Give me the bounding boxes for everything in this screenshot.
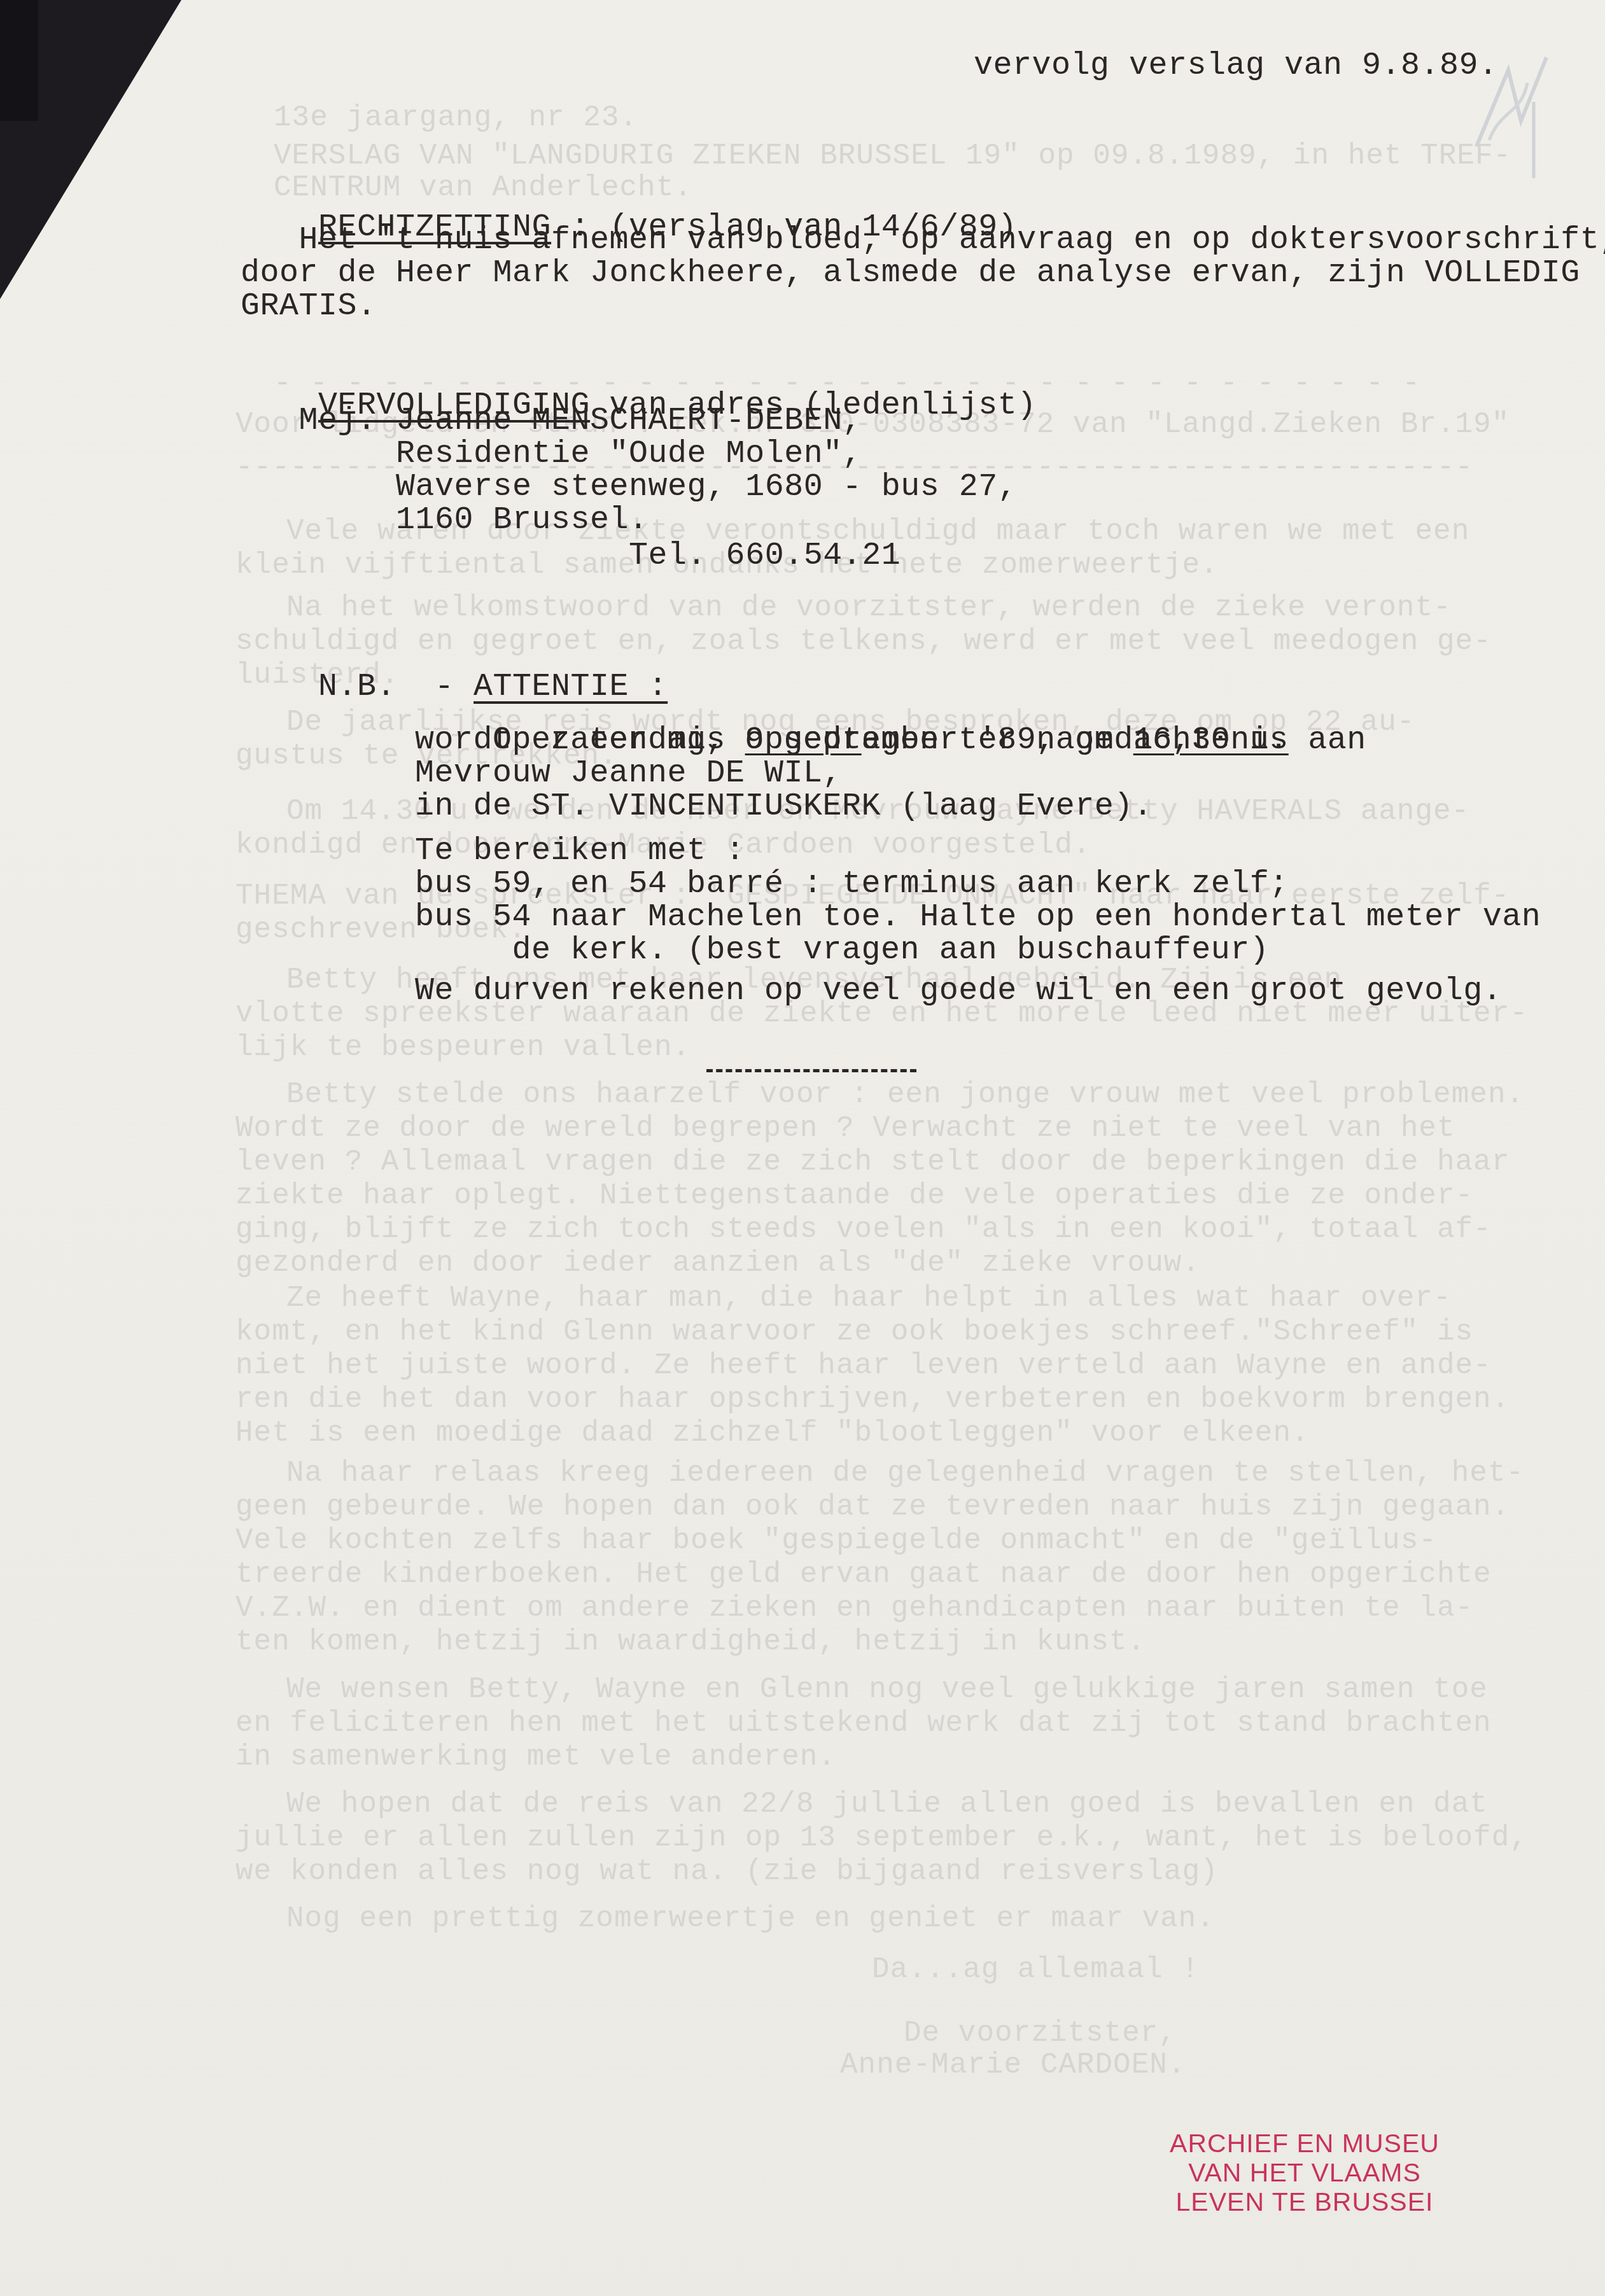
bleed-through-line: Ze heeft Wayne, haar man, die haar helpt…	[286, 1282, 1452, 1314]
bleed-through-line: We wensen Betty, Wayne en Glenn nog veel…	[286, 1674, 1488, 1705]
bleed-through-line: Na het welkomstwoord van de voorzitster,…	[286, 592, 1452, 624]
bleed-through-line: komt, en het kind Glenn waarvoor ze ook …	[235, 1316, 1473, 1348]
bleed-through-line: geen gebeurde. We hopen dan ook dat ze t…	[235, 1491, 1510, 1523]
stamp-line: LEVEN TE BRUSSEI	[1155, 2187, 1454, 2216]
directions-line: de kerk. (best vragen aan buschauffeur)	[415, 934, 1269, 967]
bleed-through-line: Da...ag allemaal !	[872, 1954, 1200, 1985]
bleed-through-line: lijk te bespeuren vallen.	[235, 1032, 690, 1063]
notice-line: in de ST. VINCENTIUSKERK (laag Evere).	[415, 790, 1153, 823]
correction-line: GRATIS.	[241, 290, 377, 323]
address-line: Mej. Jeanne MENSCHAERT-DEBEN,	[241, 405, 862, 438]
address-line: Residentie "Oude Molen",	[241, 438, 862, 471]
bleed-through-line: jullie er allen zullen zijn op 13 septem…	[235, 1822, 1528, 1854]
bleed-through-line: treerde kinderboeken. Het geld ervan gaa…	[235, 1558, 1492, 1590]
bleed-through-line: ren die het dan voor haar opschrijven, v…	[235, 1383, 1510, 1415]
directions-line: bus 59, en 54 barré : terminus aan kerk …	[415, 868, 1289, 901]
bleed-through-line: Wordt ze door de wereld begrepen ? Verwa…	[235, 1112, 1455, 1144]
bleed-through-line: De voorzitster,	[904, 2017, 1177, 2049]
scan-background-strip	[0, 0, 38, 121]
address-phone: Tel. 660.54.21	[241, 540, 901, 573]
directions-line: bus 54 naar Machelen toe. Halte op een h…	[415, 901, 1541, 934]
bleed-through-line: niet het juiste woord. Ze heeft haar lev…	[235, 1350, 1492, 1382]
address-line: Waverse steenweg, 1680 - bus 27,	[241, 471, 1017, 504]
stamp-line: VAN HET VLAAMS	[1155, 2158, 1454, 2187]
notice-closing: We durven rekenen op veel goede wil en e…	[415, 975, 1502, 1008]
bleed-through-line: in samenwerking met vele anderen.	[235, 1741, 836, 1773]
bleed-through-line: Nog een prettig zomerweertje en geniet e…	[286, 1903, 1215, 1935]
bleed-through-line: we konden alles nog wat na. (zie bijgaan…	[235, 1856, 1219, 1887]
bleed-through-line: Betty stelde ons haarzelf voor : een jon…	[286, 1079, 1524, 1110]
notice-line: Mevrouw Jeanne DE WIL,	[415, 757, 842, 790]
bleed-through-line: We hopen dat de reis van 22/8 jullie all…	[286, 1788, 1488, 1820]
bleed-through-line: ten komen, hetzij in waardigheid, hetzij…	[235, 1626, 1146, 1658]
stamp-line: ARCHIEF EN MUSEU	[1155, 2129, 1454, 2158]
bleed-through-line: V.Z.W. en dient om andere zieken en geha…	[235, 1592, 1473, 1624]
bleed-through-line: Vele kochten zelfs haar boek "gespiegeld…	[235, 1525, 1437, 1557]
bleed-through-line: Na haar relaas kreeg iedereen de gelegen…	[286, 1457, 1524, 1489]
bleed-through-line: VERSLAG VAN "LANGDURIG ZIEKEN BRUSSEL 19…	[274, 140, 1511, 172]
correction-line: Het 't huis afnemen van bloed, op aanvra…	[241, 224, 1605, 257]
bleed-through-line: Het is een moedige daad zichzelf "blootl…	[235, 1417, 1310, 1449]
bleed-through-line: Anne-Marie CARDOEN.	[840, 2049, 1186, 2081]
notice-line: wordt er een mis opgedragen ter nagedach…	[415, 724, 1366, 757]
address-line: 1160 Brussel.	[241, 504, 648, 537]
bleed-through-line: ging, blijft ze zich toch steeds voelen …	[235, 1214, 1492, 1245]
bleed-through-line: gezonderd en door ieder aanzien als "de"…	[235, 1247, 1200, 1279]
bleed-through-line: leven ? Allemaal vragen die ze zich stel…	[235, 1146, 1510, 1178]
separator-line	[706, 1069, 916, 1072]
bleed-through-line: en feliciteren hen met het uitstekend we…	[235, 1707, 1492, 1739]
archive-stamp: ARCHIEF EN MUSEU VAN HET VLAAMS LEVEN TE…	[1155, 2129, 1454, 2216]
bleed-through-line: ziekte haar oplegt. Niettegenstaande de …	[235, 1180, 1473, 1212]
page-header: vervolg verslag van 9.8.89.	[974, 50, 1498, 83]
directions-line: Te bereiken met :	[415, 835, 745, 868]
correction-line: door de Heer Mark Jonckheere, alsmede de…	[241, 257, 1580, 290]
scanned-page: 13e jaargang, nr 23.VERSLAG VAN "LANGDUR…	[0, 0, 1605, 2296]
bleed-through-line: 13e jaargang, nr 23.	[274, 102, 638, 134]
